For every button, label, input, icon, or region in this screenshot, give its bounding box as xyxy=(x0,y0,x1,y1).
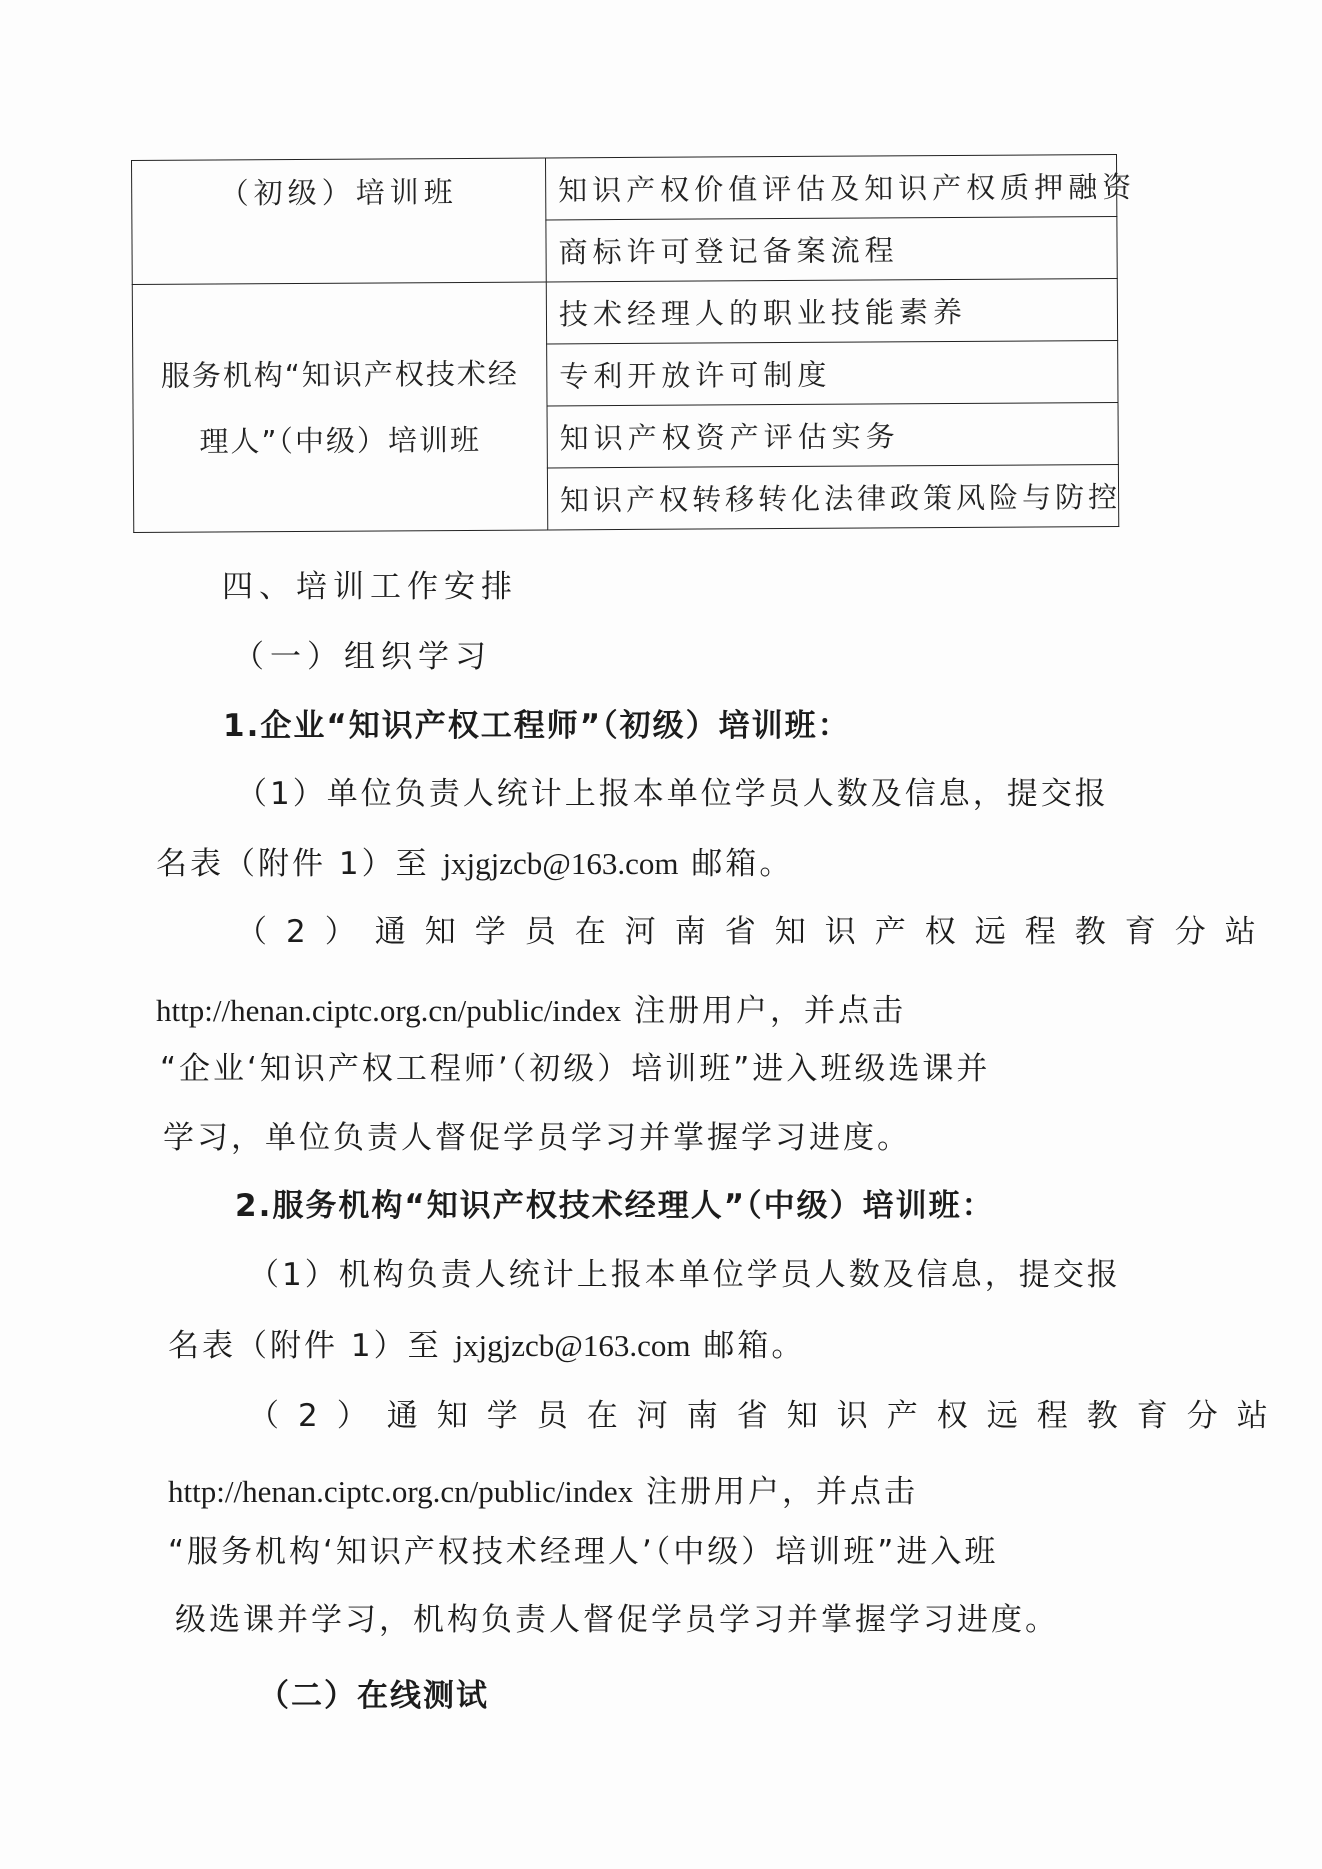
section-heading: 四、培训工作安排 xyxy=(222,561,518,606)
paragraph-line: 名表（附件 1）至 jxjgjzcb@163.com 邮箱。 xyxy=(168,1320,805,1365)
paragraph-line: （2）通知学员在河南省知识产权远程教育分站 xyxy=(236,906,1275,951)
subsection-heading: （一）组织学习 xyxy=(233,631,492,676)
item-heading: 2.服务机构“知识产权技术经理人”（中级）培训班： xyxy=(235,1180,995,1225)
email-link[interactable]: jxjgjzcb@163.com xyxy=(442,846,678,881)
paragraph-line: （2）通知学员在河南省知识产权远程教育分站 xyxy=(248,1390,1287,1435)
paragraph-line: “服务机构‘知识产权技术经理人’（中级）培训班”进入班 xyxy=(168,1526,998,1571)
paragraph-line: “企业‘知识产权工程师’（初级）培训班”进入班级选课并 xyxy=(160,1043,990,1088)
course-cell: 专利开放许可制度 xyxy=(547,340,1118,405)
item-heading: 1.企业“知识产权工程师”（初级）培训班： xyxy=(223,700,851,745)
class-name-cell: （初级）培训班 xyxy=(132,158,547,285)
url-link[interactable]: http://henan.ciptc.org.cn/public/index xyxy=(168,1474,633,1509)
email-link[interactable]: jxjgjzcb@163.com xyxy=(454,1328,690,1363)
course-cell: 知识产权转移转化法律政策风险与防控 xyxy=(547,464,1118,529)
course-cell: 技术经理人的职业技能素养 xyxy=(546,278,1117,343)
paragraph-line: 名表（附件 1）至 jxjgjzcb@163.com 邮箱。 xyxy=(156,838,793,883)
class-name-cell: 服务机构“知识产权技术经 理人”（中级）培训班 xyxy=(132,282,548,533)
paragraph-line: （1）单位负责人统计上报本单位学员人数及信息，提交报 xyxy=(236,768,1109,813)
course-cell: 知识产权价值评估及知识产权质押融资 xyxy=(545,154,1116,219)
class-name-text: 服务机构“知识产权技术经 xyxy=(133,340,546,409)
course-cell: 商标许可登记备案流程 xyxy=(546,216,1117,281)
paragraph-line: 级选课并学习，机构负责人督促学员学习并掌握学习进度。 xyxy=(175,1594,1059,1639)
class-name-text: 理人”（中级）培训班 xyxy=(134,406,547,475)
url-link[interactable]: http://henan.ciptc.org.cn/public/index xyxy=(156,993,621,1028)
course-table: （初级）培训班 知识产权价值评估及知识产权质押融资 商标许可登记备案流程 服务机… xyxy=(131,154,1119,533)
paragraph-line: http://henan.ciptc.org.cn/public/index 注… xyxy=(168,1466,918,1511)
paragraph-line: （1）机构负责人统计上报本单位学员人数及信息，提交报 xyxy=(248,1249,1121,1294)
course-cell: 知识产权资产评估实务 xyxy=(547,402,1118,467)
subsection-heading: （二）在线测试 xyxy=(258,1670,489,1715)
class-name-text: （初级）培训班 xyxy=(220,175,458,210)
paragraph-line: http://henan.ciptc.org.cn/public/index 注… xyxy=(156,985,906,1030)
table-row: 服务机构“知识产权技术经 理人”（中级）培训班 技术经理人的职业技能素养 xyxy=(132,278,1117,346)
paragraph-line: 学习，单位负责人督促学员学习并掌握学习进度。 xyxy=(163,1112,911,1157)
document-page: （初级）培训班 知识产权价值评估及知识产权质押融资 商标许可登记备案流程 服务机… xyxy=(0,0,1322,1869)
table-row: （初级）培训班 知识产权价值评估及知识产权质押融资 xyxy=(132,154,1117,222)
